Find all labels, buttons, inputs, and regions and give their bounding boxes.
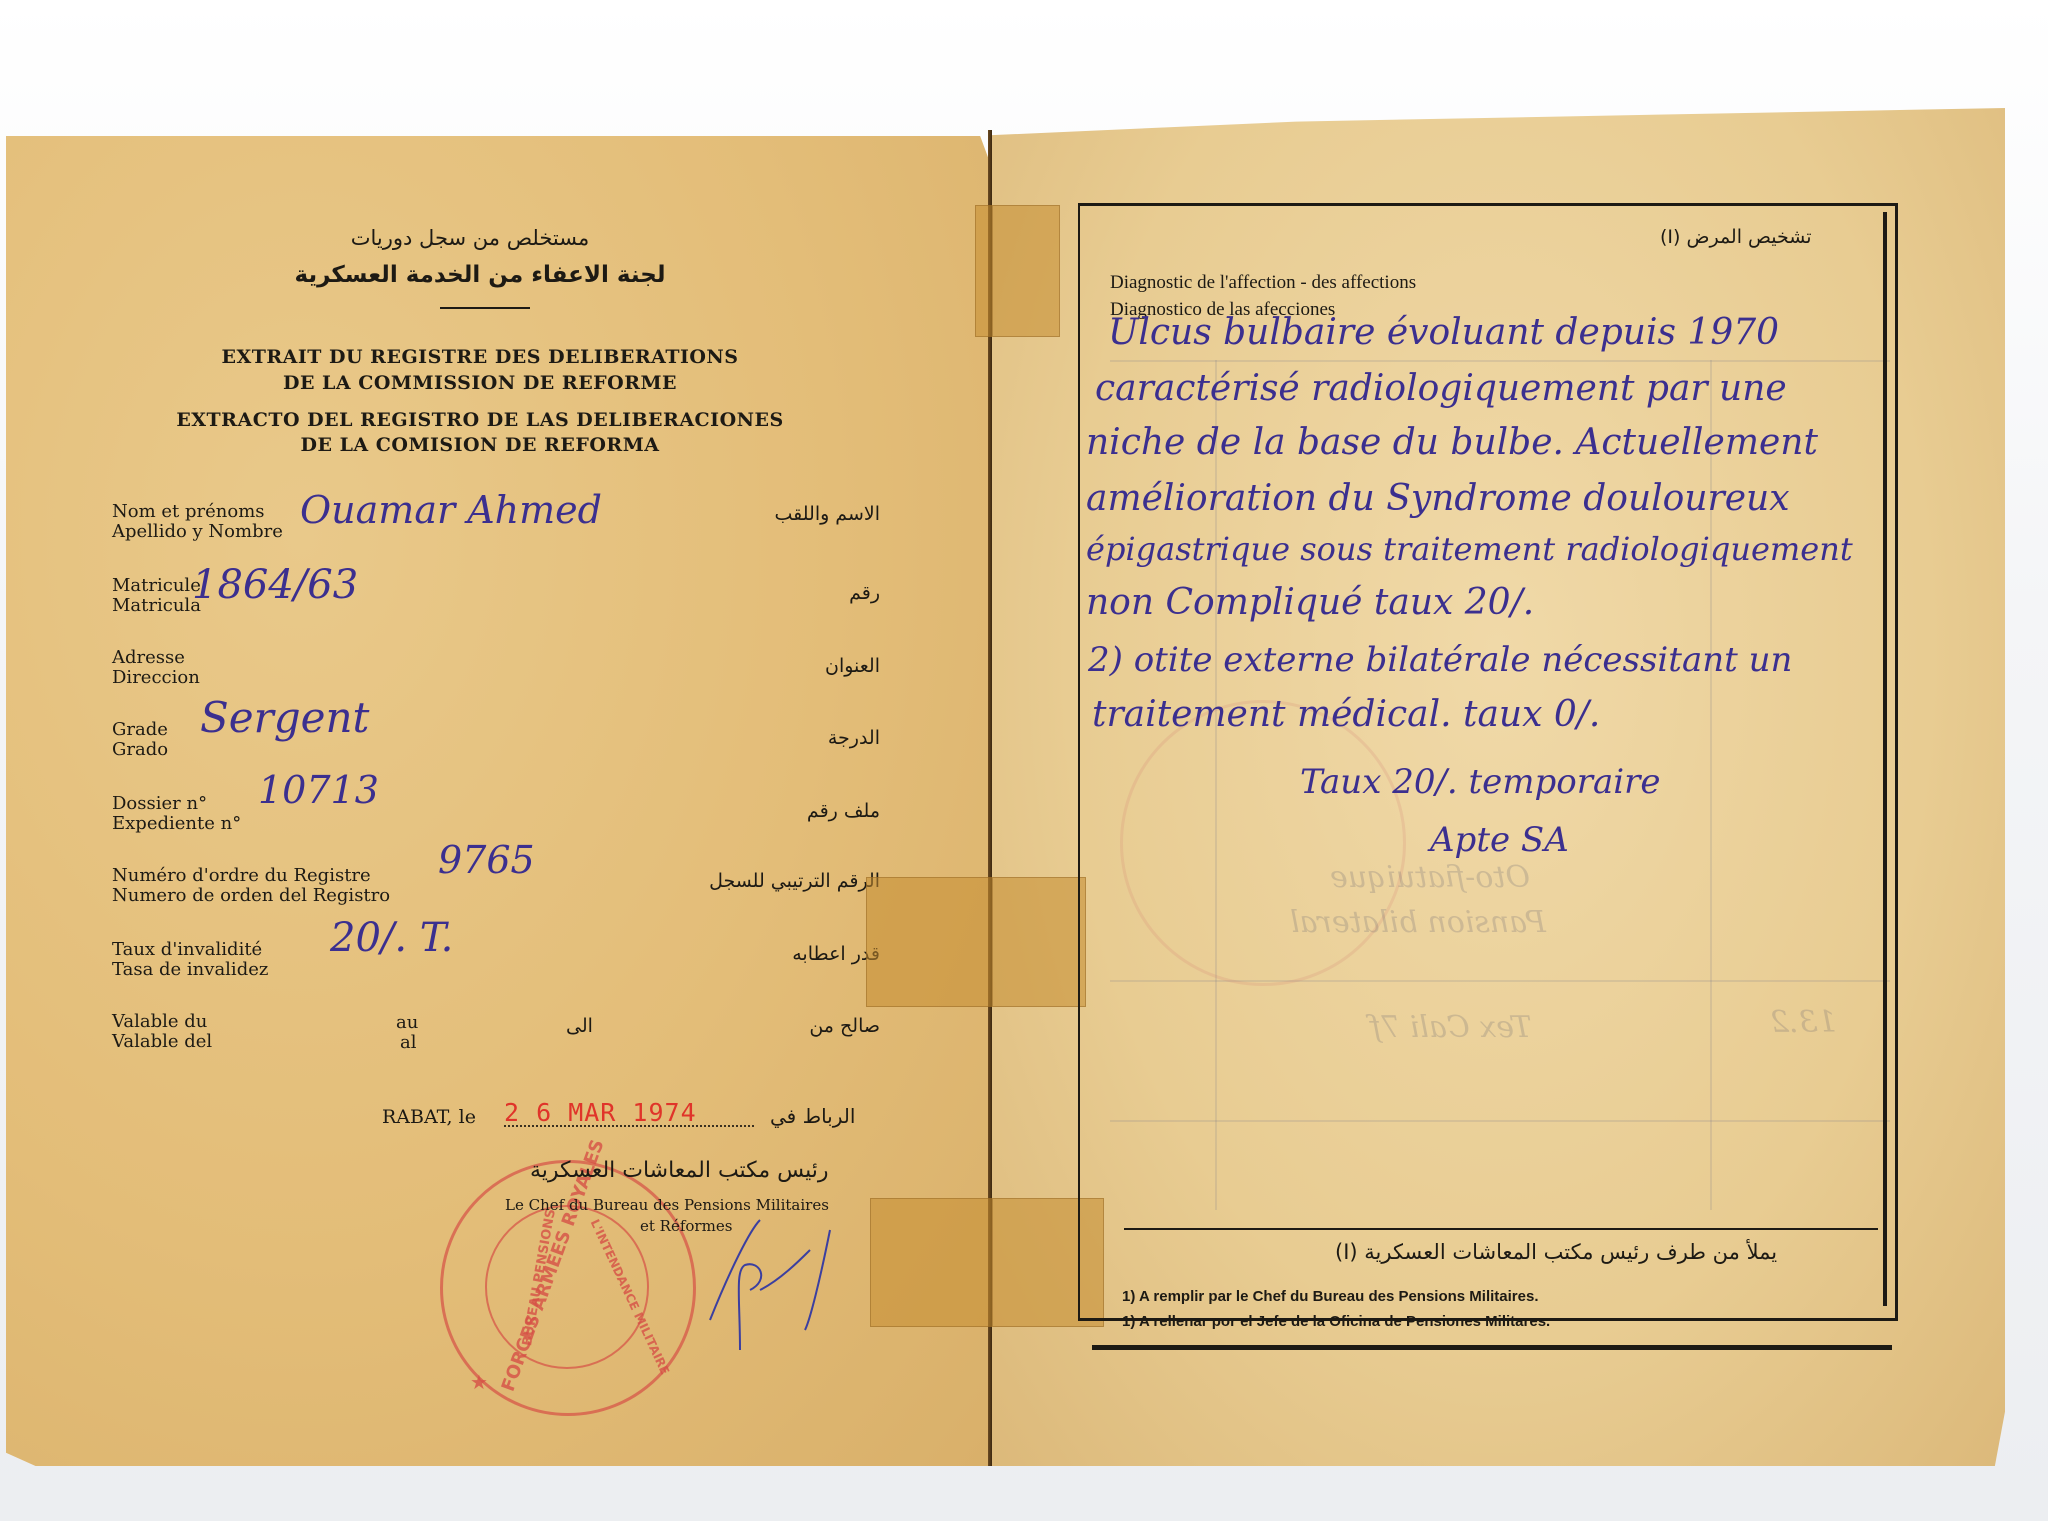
- header-divider: [440, 307, 530, 309]
- field-name-value: Ouamar Ahmed: [300, 488, 602, 532]
- field-grade-label-fr: Grade: [112, 720, 168, 740]
- diagnosis-conclusion: Taux 20/. temporaire: [1300, 762, 1661, 802]
- place-arabic: الرباط في: [770, 1104, 855, 1128]
- field-dossier-value: 10713: [258, 768, 379, 812]
- field-address-label-es: Direccion: [112, 668, 200, 688]
- title-fr-line1: EXTRAIT DU REGISTRE DES DELIBERATIONS: [130, 346, 830, 368]
- field-name-label-es: Apellido y Nombre: [112, 522, 283, 542]
- field-name-label-ar: الاسم واللقب: [774, 503, 880, 525]
- field-invalidity-label-fr: Taux d'invalidité: [112, 940, 262, 960]
- field-matricule-value: 1864/63: [192, 562, 358, 608]
- signatory-arabic: رئيس مكتب المعاشات العسكرية: [530, 1158, 829, 1183]
- tape-strip-middle-right: [992, 877, 1086, 1007]
- field-address-label-ar: العنوان: [825, 655, 880, 677]
- field-register-value: 9765: [438, 838, 535, 882]
- footer-divider: [1124, 1228, 1878, 1230]
- field-invalidity-value: 20/. T.: [330, 915, 453, 961]
- footnote-es: 1) A rellenar por el Jefe de la Oficina …: [1122, 1313, 1550, 1330]
- validity-label-ar: صالح من: [809, 1015, 880, 1037]
- field-dossier-label-ar: ملف رقم: [807, 800, 880, 822]
- date-dotted-line: [504, 1125, 754, 1127]
- diagnosis-fitness: Apte SA: [1430, 820, 1569, 860]
- validity-label-es: Valable del: [112, 1032, 212, 1052]
- footer-arabic-note: يملأ من طرف رئيس مكتب المعاشات العسكرية …: [1335, 1240, 1777, 1264]
- field-name-label-fr: Nom et prénoms: [112, 502, 265, 522]
- diagnosis-line: caractérisé radiologiquement par une: [1095, 368, 1787, 409]
- signature-icon: [690, 1210, 870, 1360]
- title-fr-line2: DE LA COMMISSION DE REFORME: [130, 372, 830, 394]
- validity-label-fr: Valable du: [112, 1012, 207, 1032]
- diagnosis-line: amélioration du Syndrome douloureux: [1086, 478, 1790, 519]
- tape-strip-top-right: [992, 205, 1060, 337]
- field-grade-label-es: Grado: [112, 740, 168, 760]
- field-matricule-label-fr: Matricule: [112, 576, 201, 596]
- arabic-header-line1: مستخلص من سجل دوريات: [300, 226, 640, 250]
- field-grade-value: Sergent: [200, 693, 369, 742]
- arabic-header-line2: لجنة الاعفاء من الخدمة العسكرية: [280, 262, 680, 288]
- diagnosis-line: 2) otite externe bilatérale nécessitant …: [1088, 640, 1792, 680]
- field-register-label-fr: Numéro d'ordre du Registre: [112, 866, 371, 886]
- validity-to-es: al: [400, 1032, 417, 1053]
- diagnosis-line: Ulcus bulbaire évoluant depuis 1970: [1108, 312, 1779, 353]
- stamped-date: 2 6 MAR 1974: [504, 1098, 697, 1127]
- field-dossier-label-fr: Dossier n°: [112, 794, 207, 814]
- title-es-line1: EXTRACTO DEL REGISTRO DE LAS DELIBERACIO…: [130, 409, 830, 431]
- field-register-label-es: Numero de orden del Registro: [112, 886, 390, 906]
- diagnosis-heading-fr: Diagnostic de l'affection - des affectio…: [1110, 272, 1416, 294]
- field-matricule-label-ar: رقم: [849, 582, 880, 604]
- diagnosis-line: traitement médical. taux 0/.: [1092, 694, 1600, 735]
- footnote-fr: 1) A remplir par le Chef du Bureau des P…: [1122, 1288, 1539, 1305]
- diagnosis-line: niche de la base du bulbe. Actuellement: [1086, 422, 1818, 463]
- field-dossier-label-es: Expediente n°: [112, 814, 241, 834]
- field-matricule-label-es: Matricula: [112, 596, 201, 616]
- field-register-label-ar: الرقم الترتيبي للسجل: [709, 870, 880, 892]
- field-invalidity-label-es: Tasa de invalidez: [112, 960, 268, 980]
- place-prefix: RABAT, le: [382, 1106, 476, 1128]
- diagnosis-line: épigastrique sous traitement radiologiqu…: [1086, 530, 1853, 568]
- validity-to-fr: au: [396, 1012, 418, 1033]
- title-es-line2: DE LA COMISION DE REFORMA: [130, 434, 830, 456]
- diagnosis-arabic-heading: تشخيص المرض (I): [1660, 226, 1812, 248]
- field-address-label-fr: Adresse: [112, 648, 185, 668]
- diagnosis-line: non Compliqué taux 20/.: [1086, 582, 1534, 623]
- stamp-star-icon: ★: [470, 1370, 488, 1394]
- validity-to-ar: الى: [566, 1015, 593, 1037]
- frame-bottom-rule: [1092, 1345, 1892, 1350]
- field-grade-label-ar: الدرجة: [828, 727, 880, 749]
